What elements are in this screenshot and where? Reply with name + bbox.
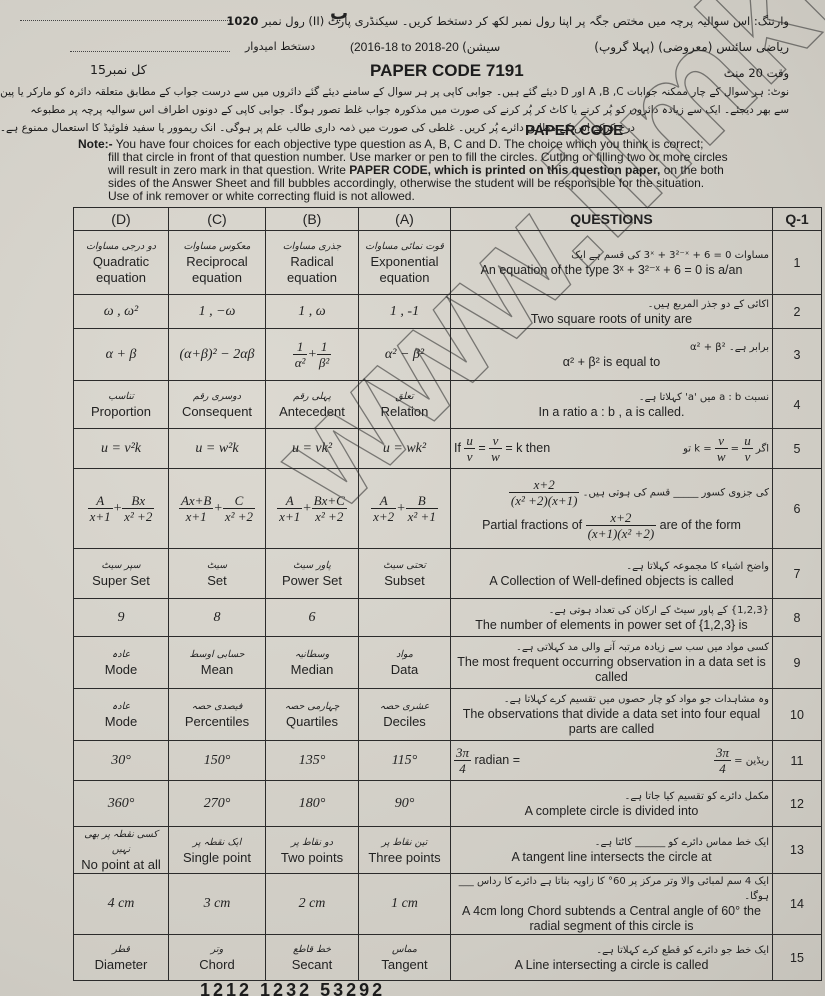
option-english: 6: [269, 610, 355, 626]
header-option-c: (C): [169, 208, 266, 231]
option-english: u = wk²: [362, 441, 447, 457]
question-text: 3π4 radian =ریڈین = 3π4: [451, 741, 773, 781]
question-urdu: برابر ہے۔ α² + β²: [454, 340, 769, 355]
question-english: Two square roots of unity are: [454, 312, 769, 327]
option-fraction-1: Ax+Bx+1: [179, 493, 213, 524]
option-a-q4: تعلقRelation: [359, 381, 451, 429]
question-number: 11: [773, 741, 822, 781]
option-english: Radical equation: [269, 254, 355, 286]
option-c-q8: 8: [169, 599, 266, 637]
option-english: 1 cm: [362, 896, 447, 912]
option-english: Quartiles: [269, 714, 355, 730]
option-b-q8: 6: [266, 599, 359, 637]
question-row: دو درجی مساواتQuadratic equationمعکوس مس…: [74, 231, 822, 295]
question-text: ایک خط مماس دائرے کو ______ کاٹتا ہے۔A t…: [451, 827, 773, 874]
table-header-row: (D) (C) (B) (A) QUESTIONS Q-1: [74, 208, 822, 231]
question-urdu: ایک خط مماس دائرے کو ______ کاٹتا ہے۔: [454, 835, 769, 850]
option-urdu: مواد: [362, 647, 447, 662]
option-english: 270°: [172, 796, 262, 812]
question-row: α + β(α+β)² − 2αβ1α²+1β²α² − β²برابر ہے۔…: [74, 329, 822, 381]
option-urdu: قوت نمائی مساوات: [362, 239, 447, 254]
questions-table: (D) (C) (B) (A) QUESTIONS Q-1 دو درجی مس…: [73, 207, 822, 981]
question-row: کسی نقطہ پر بھی نہیںNo point at allایک ن…: [74, 827, 822, 874]
option-d-q10: عادہMode: [74, 689, 169, 741]
paper-code: PAPER CODE 7191: [370, 61, 524, 81]
question-english: The most frequent occurring observation …: [454, 655, 769, 685]
header-option-d: (D): [74, 208, 169, 231]
header-questions: QUESTIONS: [451, 208, 773, 231]
option-urdu: سیٹ: [172, 558, 262, 573]
option-b-q13: دو نقاط پرTwo points: [266, 827, 359, 874]
option-urdu: عادہ: [77, 699, 165, 714]
option-english: u = w²k: [172, 441, 262, 457]
option-a-q10: عشری حصہDeciles: [359, 689, 451, 741]
option-d-q14: 4 cm: [74, 874, 169, 935]
option-english: Single point: [172, 850, 262, 866]
option-english: 9: [77, 610, 165, 626]
option-english: 135°: [269, 753, 355, 769]
question-text: If uv = vw = k thenاگر uv = vw = k تو: [451, 429, 773, 469]
option-english: Data: [362, 662, 447, 678]
question-row: قطرDiameterوترChordخط قاطعSecantمماسTang…: [74, 935, 822, 981]
exam-paper-page: پ وارننگ: اس سوالیہ پرچہ میں مختص جگہ پر…: [0, 0, 825, 996]
option-english: Diameter: [77, 957, 165, 973]
question-row: سپر سیٹSuper SetسیٹSetپاور سیٹPower Setت…: [74, 549, 822, 599]
option-urdu: پہلی رقم: [269, 389, 355, 404]
option-c-q12: 270°: [169, 781, 266, 827]
question-text: کی جزوی کسور _____ قسم کی ہوتی ہیں۔ x+2(…: [451, 469, 773, 549]
question-number: 10: [773, 689, 822, 741]
option-english: 4 cm: [77, 896, 165, 912]
class-code: 1020: [226, 14, 258, 28]
question-number: 15: [773, 935, 822, 981]
option-urdu: تعلق: [362, 389, 447, 404]
option-a-q6: Ax+2+Bx² +1: [359, 469, 451, 549]
time-allowed: وقت 20 منٹ: [724, 66, 789, 80]
question-text: واضح اشیاء کا مجموعہ کہلاتا ہے۔A Collect…: [451, 549, 773, 599]
option-urdu: تناسب: [77, 389, 165, 404]
option-english: Antecedent: [269, 404, 355, 420]
question-text: نسبت a : b میں 'a' کہلاتا ہے۔In a ratio …: [451, 381, 773, 429]
option-a-q2: 1 , -1: [359, 295, 451, 329]
option-d-q12: 360°: [74, 781, 169, 827]
question-urdu: وہ مشاہدات جو مواد کو چار حصوں میں تقسیم…: [454, 692, 769, 707]
option-c-q11: 150°: [169, 741, 266, 781]
question-urdu: نسبت a : b میں 'a' کہلاتا ہے۔: [454, 390, 769, 405]
question-english: α² + β² is equal to: [454, 355, 769, 370]
question-text: مساوات 3ˣ + 3²⁻ˣ + 6 = 0 کی قسم ہے ایکAn…: [451, 231, 773, 295]
option-d-q7: سپر سیٹSuper Set: [74, 549, 169, 599]
option-urdu: پاور سیٹ: [269, 558, 355, 573]
option-english: 90°: [362, 796, 447, 812]
question-urdu: ایک خط جو دائرے کو قطع کرے کہلاتا ہے۔: [454, 943, 769, 958]
option-b-q12: 180°: [266, 781, 359, 827]
option-urdu: عادہ: [77, 647, 165, 662]
question-number: 8: [773, 599, 822, 637]
option-english: 2 cm: [269, 896, 355, 912]
option-urdu: ایک نقطہ پر: [172, 835, 262, 850]
question-english: The observations that divide a data set …: [454, 707, 769, 737]
option-urdu: دو درجی مساوات: [77, 239, 165, 254]
option-urdu: دوسری رقم: [172, 389, 262, 404]
option-c-q5: u = w²k: [169, 429, 266, 469]
question-english: An equation of the type 3ˣ + 3²⁻ˣ + 6 = …: [454, 263, 769, 278]
option-c-q15: وترChord: [169, 935, 266, 981]
question-text: وہ مشاہدات جو مواد کو چار حصوں میں تقسیم…: [451, 689, 773, 741]
option-fraction-1: Ax+1: [277, 493, 302, 524]
option-c-q3: (α+β)² − 2αβ: [169, 329, 266, 381]
question-english: A 4cm long Chord subtends a Central angl…: [454, 904, 769, 934]
question-row: عادہModeحسابی اوسطMeanوسطانیہMedianموادD…: [74, 637, 822, 689]
option-b-q4: پہلی رقمAntecedent: [266, 381, 359, 429]
option-a-q11: 115°: [359, 741, 451, 781]
option-urdu: جذری مساوات: [269, 239, 355, 254]
option-d-q3: α + β: [74, 329, 169, 381]
option-b-q5: u = vk²: [266, 429, 359, 469]
option-b-q11: 135°: [266, 741, 359, 781]
option-english: Super Set: [77, 573, 165, 589]
option-urdu: کسی نقطہ پر بھی نہیں: [77, 827, 165, 857]
subject-title: ریاضی سائنس (معروضی) (پہلا گروپ): [594, 40, 789, 54]
option-english: Mode: [77, 714, 165, 730]
option-urdu: چہارمی حصہ: [269, 699, 355, 714]
option-english: Secant: [269, 957, 355, 973]
option-a-q1: قوت نمائی مساواتExponential equation: [359, 231, 451, 295]
question-text: {1,2,3} کے پاور سیٹ کے ارکان کی تعداد ہو…: [451, 599, 773, 637]
option-urdu: مماس: [362, 942, 447, 957]
question-number: 3: [773, 329, 822, 381]
fraction: 3π4: [714, 745, 731, 776]
instruction-english: Note:- You have four choices for each ob…: [78, 138, 818, 203]
option-urdu: معکوس مساوات: [172, 239, 262, 254]
option-urdu: سپر سیٹ: [77, 558, 165, 573]
total-marks: کل نمبر15: [90, 62, 147, 77]
option-english: Consequent: [172, 404, 262, 420]
option-english: α + β: [77, 347, 165, 363]
signature-line: [70, 51, 230, 52]
question-number: 14: [773, 874, 822, 935]
option-english: α² − β²: [362, 347, 447, 363]
option-b-q6: Ax+1+Bx+Cx² +2: [266, 469, 359, 549]
option-a-q12: 90°: [359, 781, 451, 827]
header-qnum: Q-1: [773, 208, 822, 231]
option-fraction-2: Bx² +1: [406, 493, 438, 524]
option-a-q14: 1 cm: [359, 874, 451, 935]
option-d-q2: ω , ω²: [74, 295, 169, 329]
option-urdu: تحتی سیٹ: [362, 558, 447, 573]
fraction: x+2(x+1)(x² +2): [586, 510, 657, 541]
question-number: 12: [773, 781, 822, 827]
option-fraction-2: Bx+Cx² +2: [312, 493, 347, 524]
session-range: (2016-18 to 2018-20 (سیشن: [350, 40, 500, 54]
question-english: In a ratio a : b , a is called.: [454, 405, 769, 420]
option-c-q9: حسابی اوسطMean: [169, 637, 266, 689]
question-english: A complete circle is divided into: [454, 804, 769, 819]
instruction-urdu-1: نوٹ: ہر سوال کے چار ممکنہ جوابات A ,B ,C…: [70, 86, 789, 98]
question-urdu: مساوات 3ˣ + 3²⁻ˣ + 6 = 0 کی قسم ہے ایک: [454, 248, 769, 263]
option-b-q2: 1 , ω: [266, 295, 359, 329]
option-a-q13: تین نقاط پرThree points: [359, 827, 451, 874]
option-c-q10: فیصدی حصہPercentiles: [169, 689, 266, 741]
question-english: The number of elements in power set of {…: [454, 618, 769, 633]
option-d-q13: کسی نقطہ پر بھی نہیںNo point at all: [74, 827, 169, 874]
option-english: Subset: [362, 573, 447, 589]
session-value: (2016-18 to 2018-20: [350, 40, 459, 54]
option-a-q15: مماسTangent: [359, 935, 451, 981]
question-number: 1: [773, 231, 822, 295]
option-d-q15: قطرDiameter: [74, 935, 169, 981]
option-english: Proportion: [77, 404, 165, 420]
question-text: اکائی کے دو جذر المربع ہیں۔Two square ro…: [451, 295, 773, 329]
option-english: 115°: [362, 753, 447, 769]
question-row: Ax+1+Bxx² +2Ax+Bx+1+Cx² +2Ax+1+Bx+Cx² +2…: [74, 469, 822, 549]
fraction: vw: [715, 433, 728, 464]
option-english: 1 , -1: [362, 304, 447, 320]
option-fraction-1: Ax+2: [371, 493, 396, 524]
option-d-q11: 30°: [74, 741, 169, 781]
question-urdu: {1,2,3} کے پاور سیٹ کے ارکان کی تعداد ہو…: [454, 603, 769, 618]
fraction: uv: [742, 433, 753, 464]
fraction: 3π4: [454, 745, 471, 776]
option-b-q3: 1α²+1β²: [266, 329, 359, 381]
option-english: Mean: [172, 662, 262, 678]
note-line-5: Use of ink remover or white correcting f…: [78, 190, 818, 203]
question-urdu: مکمل دائرے کو تقسیم کیا جاتا ہے۔: [454, 789, 769, 804]
option-english: Exponential equation: [362, 254, 447, 286]
option-english: Reciprocal equation: [172, 254, 262, 286]
note-label: Note:-: [78, 137, 113, 151]
option-english: u = v²k: [77, 441, 165, 457]
question-english: A Collection of Well-defined objects is …: [454, 574, 769, 589]
fraction: uv: [464, 433, 475, 464]
question-row: 360°270°180°90°مکمل دائرے کو تقسیم کیا ج…: [74, 781, 822, 827]
option-d-q8: 9: [74, 599, 169, 637]
question-text: ایک خط جو دائرے کو قطع کرے کہلاتا ہے۔A L…: [451, 935, 773, 981]
option-b-q10: چہارمی حصہQuartiles: [266, 689, 359, 741]
option-d-q6: Ax+1+Bxx² +2: [74, 469, 169, 549]
option-english: ω , ω²: [77, 304, 165, 320]
option-fraction-1: 1α²: [293, 339, 308, 370]
option-a-q5: u = wk²: [359, 429, 451, 469]
option-urdu: وسطانیہ: [269, 647, 355, 662]
option-english: Tangent: [362, 957, 447, 973]
option-english: 150°: [172, 753, 262, 769]
option-english: Three points: [362, 850, 447, 866]
option-english: Median: [269, 662, 355, 678]
question-row: 4 cm3 cm2 cm1 cmایک 4 سم لمبائی والا وتر…: [74, 874, 822, 935]
option-english: 30°: [77, 753, 165, 769]
question-english: A tangent line intersects the circle at: [454, 850, 769, 865]
question-row: u = v²ku = w²ku = vk²u = wk²If uv = vw =…: [74, 429, 822, 469]
option-fraction-2: Cx² +2: [223, 493, 255, 524]
question-number: 6: [773, 469, 822, 549]
option-english: u = vk²: [269, 441, 355, 457]
footer-partial: 1212 1232 53292: [200, 980, 385, 996]
fraction: x+2(x+1)(x² +2): [509, 477, 580, 508]
option-english: Set: [172, 573, 262, 589]
option-urdu: قطر: [77, 942, 165, 957]
option-c-q4: دوسری رقمConsequent: [169, 381, 266, 429]
question-urdu: ایک 4 سم لمبائی والا وتر مرکز پر 60° کا …: [454, 874, 769, 904]
question-row: 986{1,2,3} کے پاور سیٹ کے ارکان کی تعداد…: [74, 599, 822, 637]
question-text: برابر ہے۔ α² + β²α² + β² is equal to: [451, 329, 773, 381]
option-c-q13: ایک نقطہ پرSingle point: [169, 827, 266, 874]
question-number: 2: [773, 295, 822, 329]
option-urdu: دو نقاط پر: [269, 835, 355, 850]
option-english: No point at all: [77, 857, 165, 873]
fraction: vw: [489, 433, 502, 464]
option-a-q9: موادData: [359, 637, 451, 689]
note-line-1: You have four choices for each objective…: [116, 137, 704, 151]
roll-number-line: [20, 20, 230, 21]
signature-label: دستخط امیدوار: [245, 40, 315, 53]
option-fraction-1: Ax+1: [88, 493, 113, 524]
option-english: Two points: [269, 850, 355, 866]
option-english: 1 , ω: [269, 304, 355, 320]
option-c-q14: 3 cm: [169, 874, 266, 935]
warning-line: وارننگ: اس سوالیہ پرچہ میں مختص جگہ پر ا…: [226, 14, 789, 28]
option-c-q7: سیٹSet: [169, 549, 266, 599]
option-d-q9: عادہMode: [74, 637, 169, 689]
option-english: (α+β)² − 2αβ: [172, 347, 262, 363]
option-english: 180°: [269, 796, 355, 812]
question-number: 4: [773, 381, 822, 429]
question-text: مکمل دائرے کو تقسیم کیا جاتا ہے۔A comple…: [451, 781, 773, 827]
question-number: 5: [773, 429, 822, 469]
option-english: 1 , −ω: [172, 304, 262, 320]
option-a-q3: α² − β²: [359, 329, 451, 381]
header-option-b: (B): [266, 208, 359, 231]
warning-text: وارننگ: اس سوالیہ پرچہ میں مختص جگہ پر ا…: [262, 14, 789, 28]
option-urdu: تین نقاط پر: [362, 835, 447, 850]
option-c-q2: 1 , −ω: [169, 295, 266, 329]
option-d-q4: تناسبProportion: [74, 381, 169, 429]
option-urdu: حسابی اوسط: [172, 647, 262, 662]
option-a-q7: تحتی سیٹSubset: [359, 549, 451, 599]
question-text: ایک 4 سم لمبائی والا وتر مرکز پر 60° کا …: [451, 874, 773, 935]
option-urdu: فیصدی حصہ: [172, 699, 262, 714]
option-d-q1: دو درجی مساواتQuadratic equation: [74, 231, 169, 295]
question-number: 7: [773, 549, 822, 599]
question-row: تناسبProportionدوسری رقمConsequentپہلی ر…: [74, 381, 822, 429]
question-row: 30°150°135°115°3π4 radian =ریڈین = 3π411: [74, 741, 822, 781]
option-english: Power Set: [269, 573, 355, 589]
option-english: Mode: [77, 662, 165, 678]
session-label: (سیشن: [462, 40, 500, 54]
instruction-urdu-2: سے بھر دیجئے۔ ایک سے زیادہ دائروں کو پُر…: [70, 104, 789, 116]
option-b-q14: 2 cm: [266, 874, 359, 935]
option-b-q9: وسطانیہMedian: [266, 637, 359, 689]
question-number: 9: [773, 637, 822, 689]
option-b-q1: جذری مساواتRadical equation: [266, 231, 359, 295]
option-english: 360°: [77, 796, 165, 812]
question-urdu: کسی مواد میں سب سے زیادہ مرتبہ آنے والی …: [454, 640, 769, 655]
option-urdu: وتر: [172, 942, 262, 957]
option-b-q7: پاور سیٹPower Set: [266, 549, 359, 599]
header-option-a: (A): [359, 208, 451, 231]
question-number: 13: [773, 827, 822, 874]
option-b-q15: خط قاطعSecant: [266, 935, 359, 981]
question-row: عادہModeفیصدی حصہPercentilesچہارمی حصہQu…: [74, 689, 822, 741]
option-fraction-2: Bxx² +2: [122, 493, 154, 524]
option-urdu: عشری حصہ: [362, 699, 447, 714]
question-text: کسی مواد میں سب سے زیادہ مرتبہ آنے والی …: [451, 637, 773, 689]
option-c-q1: معکوس مساواتReciprocal equation: [169, 231, 266, 295]
question-row: ω , ω²1 , −ω1 , ω1 , -1اکائی کے دو جذر ا…: [74, 295, 822, 329]
option-english: Quadratic equation: [77, 254, 165, 286]
option-english: Relation: [362, 404, 447, 420]
option-c-q6: Ax+Bx+1+Cx² +2: [169, 469, 266, 549]
option-urdu: خط قاطع: [269, 942, 355, 957]
question-urdu: واضح اشیاء کا مجموعہ کہلاتا ہے۔: [454, 559, 769, 574]
option-english: Deciles: [362, 714, 447, 730]
option-english: Chord: [172, 957, 262, 973]
option-english: 3 cm: [172, 896, 262, 912]
question-english: A Line intersecting a circle is called: [454, 958, 769, 973]
option-d-q5: u = v²k: [74, 429, 169, 469]
option-english: Percentiles: [172, 714, 262, 730]
option-a-q8: [359, 599, 451, 637]
option-fraction-2: 1β²: [317, 339, 331, 370]
option-english: 8: [172, 610, 262, 626]
question-urdu: اکائی کے دو جذر المربع ہیں۔: [454, 297, 769, 312]
